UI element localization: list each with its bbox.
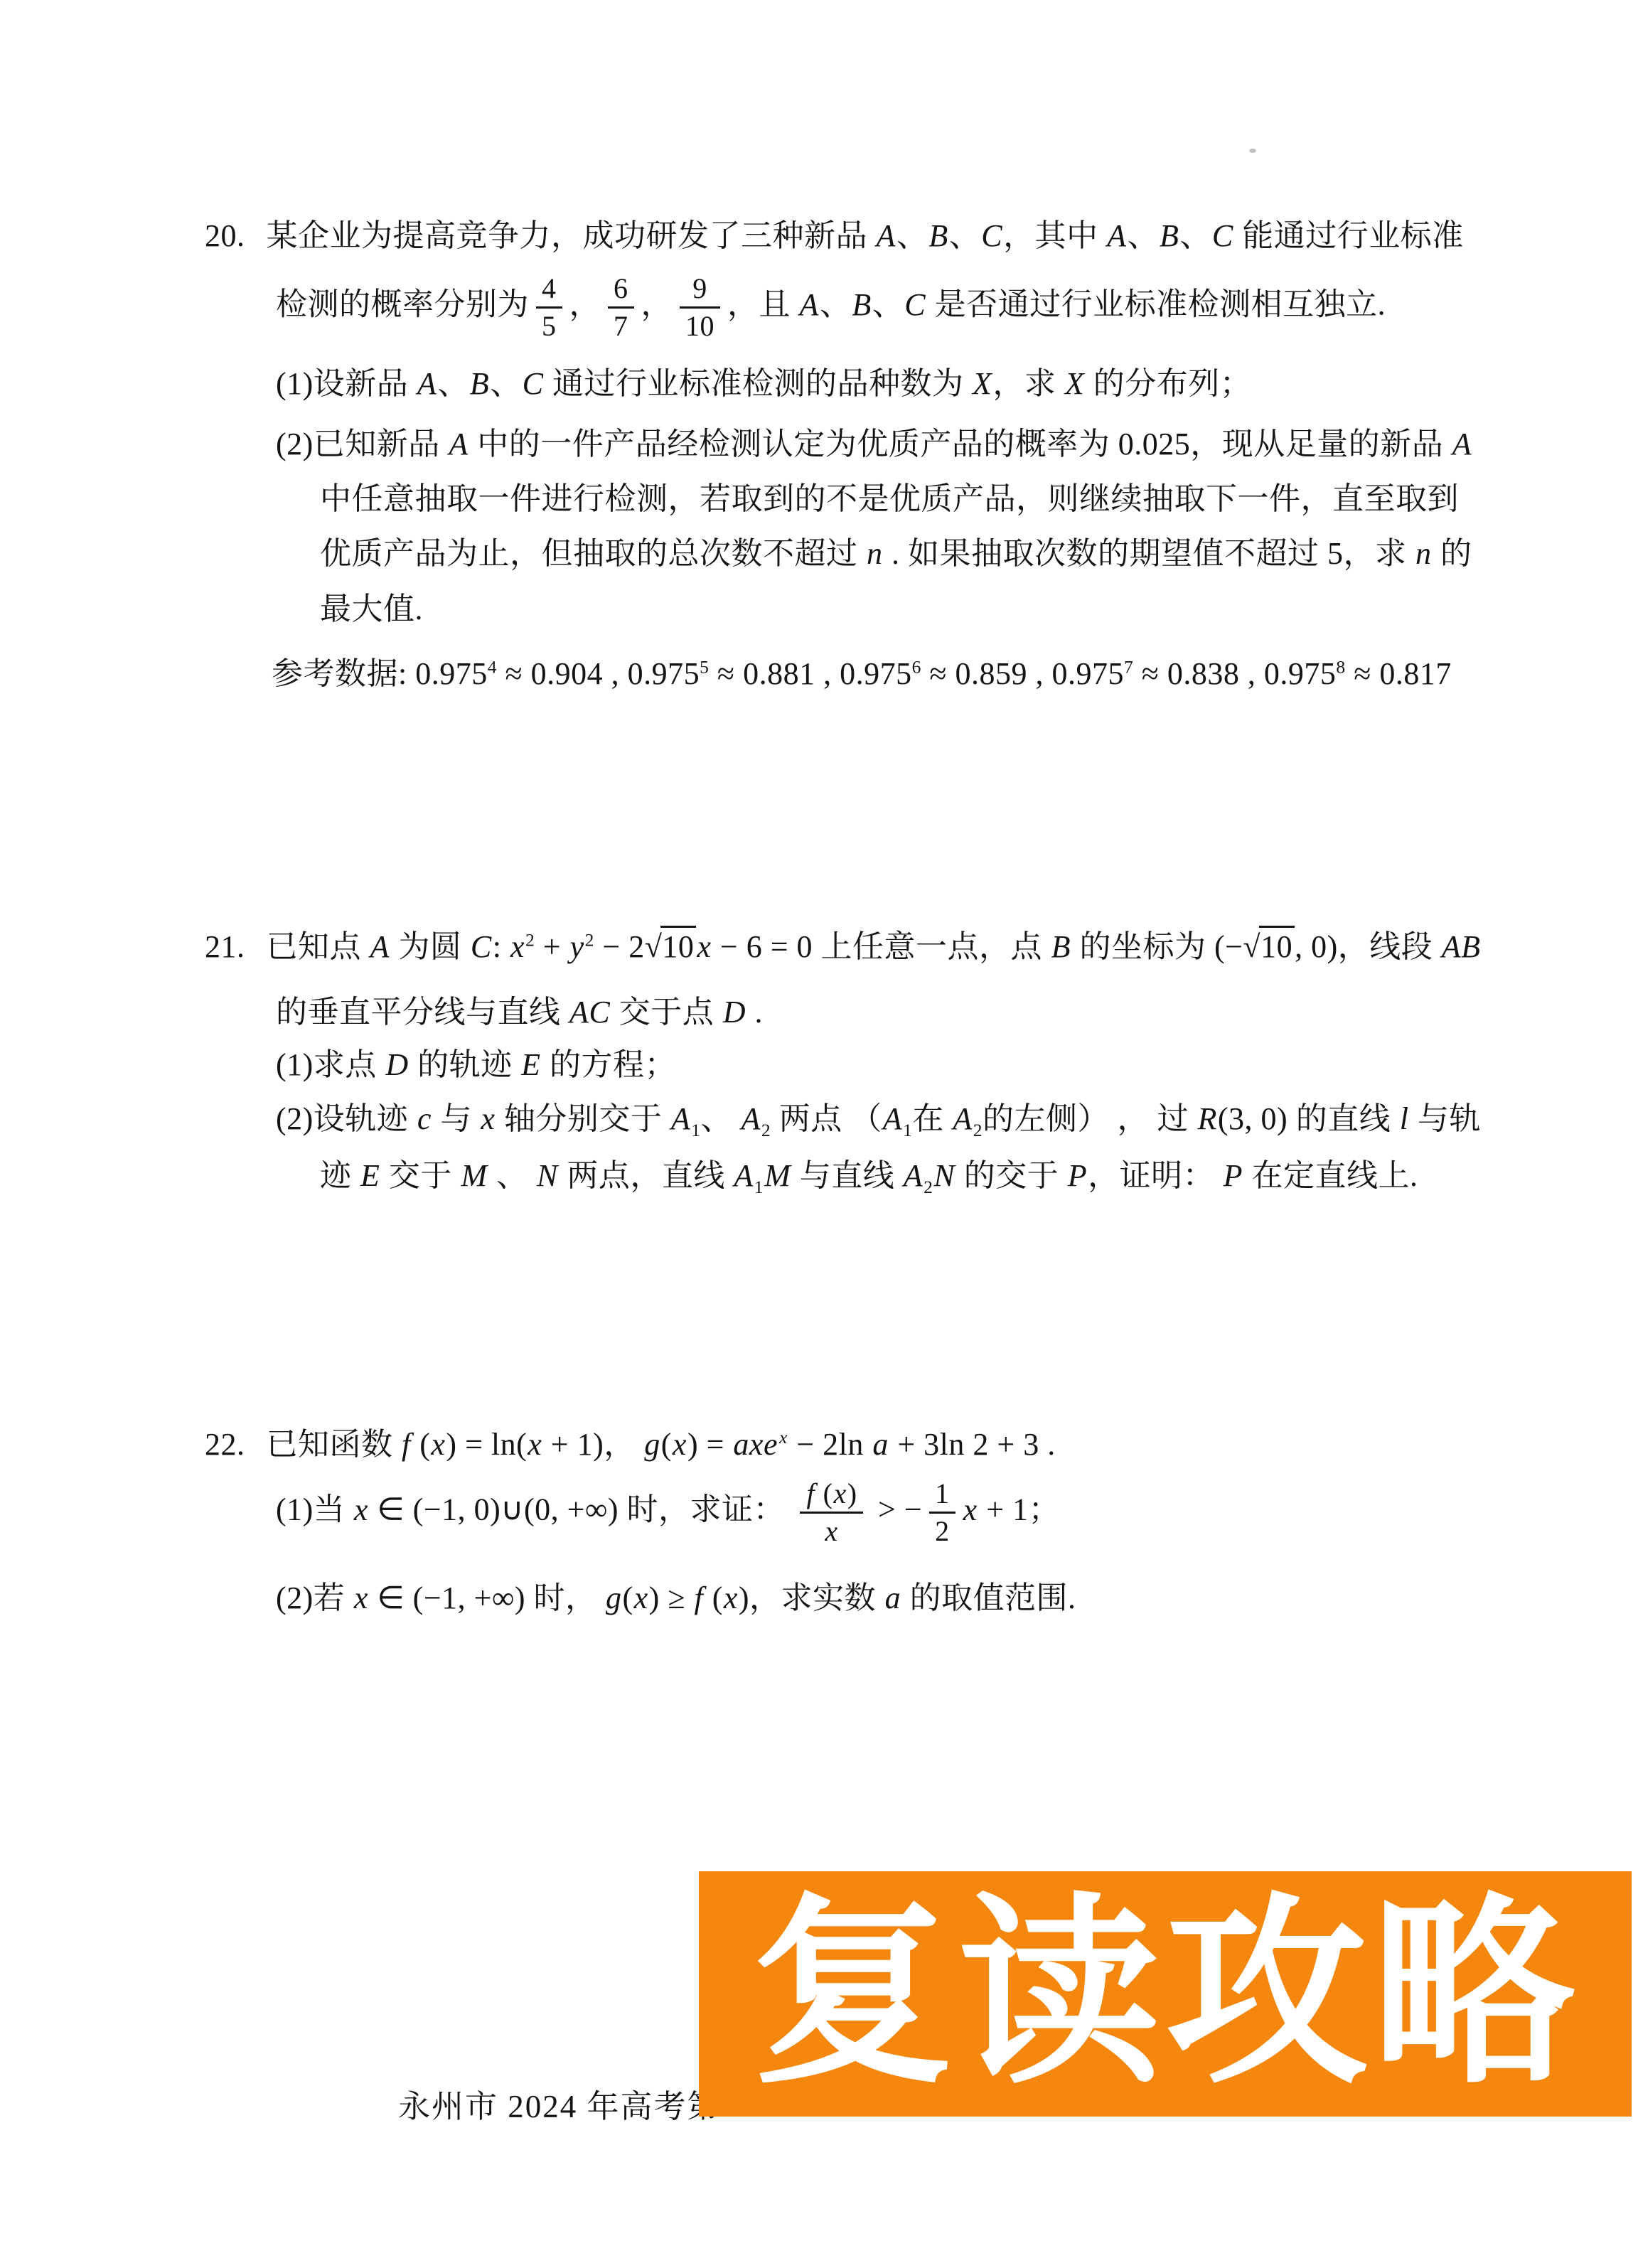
problem-21-part-2: (2)设轨迹 c 与 x 轴分别交于 A1、 A2 两点 （A1在 A2的左侧）… xyxy=(276,1101,1481,1138)
scan-artifact-dot xyxy=(1249,149,1256,153)
problem-21-line-2: 的垂直平分线与直线 AC 交于点 D . xyxy=(276,994,763,1031)
problem-20-reference-data: 参考数据: 0.9754 ≈ 0.904 , 0.9755 ≈ 0.881 , … xyxy=(272,656,1452,692)
problem-21-part-1: (1)求点 D 的轨迹 E 的方程； xyxy=(276,1047,676,1084)
watermark-text: 复读攻略 xyxy=(751,1893,1579,2095)
problem-20-line-1: 20.某企业为提高竞争力，成功研发了三种新品 A、B、C，其中 A、B、C 能通… xyxy=(205,218,1464,255)
exam-paper-page: 20.某企业为提高竞争力，成功研发了三种新品 A、B、C，其中 A、B、C 能通… xyxy=(0,0,1638,2268)
problem-21-part-2-line-2: 迹 E 交于 M 、 N 两点，直线 A1M 与直线 A2N 的交于 P，证明：… xyxy=(320,1157,1418,1194)
problem-20-part-2-line-2: 中任意抽取一件进行检测，若取到的不是优质产品，则继续抽取下一件，直至取到 xyxy=(320,481,1459,518)
problem-20-part-2: (2)已知新品 A 中的一件产品经检测认定为优质产品的概率为 0.025，现从足… xyxy=(276,426,1472,463)
problem-20-part-1: (1)设新品 A、B、C 通过行业标准检测的品种数为 X，求 X 的分布列； xyxy=(276,365,1251,402)
watermark-banner: 复读攻略 xyxy=(699,1871,1632,2117)
problem-22-line-1: 22.已知函数 f (x) = ln(x + 1)， g(x) = axex −… xyxy=(205,1426,1056,1463)
problem-20-part-2-line-4: 最大值. xyxy=(320,591,423,628)
problem-22-part-1: (1)当 x ∈ (−1, 0)∪(0, +∞) 时，求证： f (x)x > … xyxy=(276,1479,1060,1546)
problem-20-part-2-line-3: 优质产品为止，但抽取的总次数不超过 n . 如果抽取次数的期望值不超过 5，求 … xyxy=(320,535,1472,572)
problem-21-line-1: 21.已知点 A 为圆 C: x2 + y2 − 2√10x − 6 = 0 上… xyxy=(205,929,1482,965)
problem-20-line-2: 检测的概率分别为45，67，910，且 A、B、C 是否通过行业标准检测相互独立… xyxy=(276,274,1386,341)
problem-22-part-2: (2)若 x ∈ (−1, +∞) 时， g(x) ≥ f (x)，求实数 a … xyxy=(276,1580,1076,1617)
